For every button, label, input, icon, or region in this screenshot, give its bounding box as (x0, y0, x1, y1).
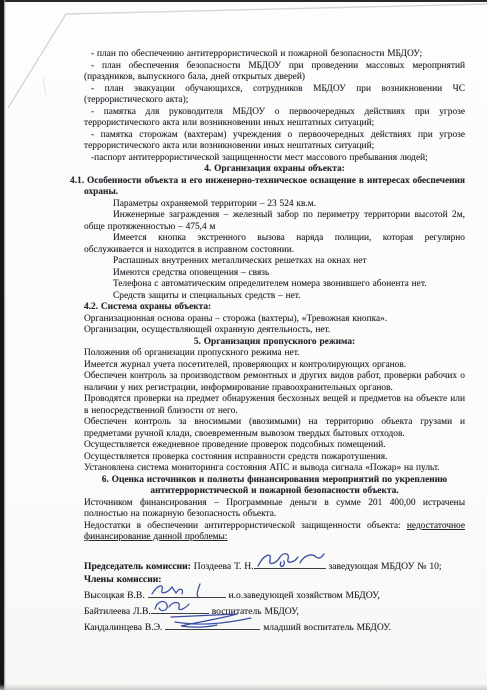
section-heading: 4. Организация охраны объекта: (84, 164, 465, 176)
member-signature-row: Кандалинцева В.Э. младший воспитатель МБ… (84, 618, 465, 634)
member-signature-ink (165, 609, 260, 633)
member-name: Кандалинцева В.Э. (84, 622, 165, 633)
document-paragraph: Проводятся проверки на предмет обнаружен… (84, 394, 465, 417)
document-paragraph: -паспорт антитеррористической защищеннос… (84, 153, 465, 165)
document-paragraph: Организации, осуществляющей охранную дея… (84, 325, 465, 337)
document-paragraph: Установлена система мониторинга состояни… (84, 463, 465, 475)
scan-left-edge-shadow (4, 0, 6, 690)
document-paragraph: Положения об организации пропускного реж… (84, 348, 465, 360)
chairman-signature-line (254, 557, 326, 569)
member-name: Байтилеева Л.В. (84, 606, 151, 617)
document-paragraph: Имеются средства оповещения – связь (84, 268, 465, 280)
member-name: Высоцкая В.В. (84, 590, 148, 601)
document-paragraph: Осуществляется ежедневное проведение про… (84, 440, 465, 452)
member-role: младший воспитатель МБДОУ. (260, 622, 391, 633)
document-paragraph: Распашных внутренних металлических решет… (84, 256, 465, 268)
document-paragraph: Телефона с автоматическим определителем … (84, 279, 465, 291)
chairman-signature-ink (254, 550, 326, 572)
section-heading: 6. Оценка источников и полноты финансиро… (84, 475, 465, 498)
document-paragraph: - памятка для руководителя МБДОУ о перво… (84, 107, 465, 130)
chairman-signature-row: Председатель комиссии: Поздеева Т. Н. за… (84, 557, 465, 573)
document-paragraphs: - план по обеспечению антитеррористическ… (84, 49, 465, 544)
document-paragraph: Обеспечен контроль за производством ремо… (84, 371, 465, 394)
members-label-row: Члены комиссии: (84, 573, 465, 586)
document-paragraph: Осуществляется проверка состояния исправ… (84, 452, 465, 464)
member-role: и.о.заведующей хозяйством МБДОУ, (226, 590, 380, 601)
member-signature-row: Высоцкая В.В. и.о.заведующей хозяйством … (84, 586, 465, 602)
document-body: - план по обеспечению антитеррористическ… (84, 49, 465, 635)
document-paragraph: Имеется журнал учета посетителей, провер… (84, 360, 465, 372)
chairman-name: Поздеева Т. Н. (191, 561, 254, 572)
scan-top-edge (0, 0, 487, 2)
document-paragraph: Средств защиты и специальных средств – н… (84, 291, 465, 303)
scanned-document-page: - план по обеспечению антитеррористическ… (0, 0, 487, 690)
document-paragraph: Организационная основа ораны – сторожа (… (84, 314, 465, 326)
document-paragraph: - памятка сторожам (вахтерам) учреждения… (84, 130, 465, 153)
chairman-role: заведующая МБДОУ № 10; (326, 561, 442, 572)
member-signature-row: Байтилеева Л.В. воспитатель МБДОУ, (84, 602, 465, 618)
document-paragraph: Недостатки в обеспечении антитеррористич… (84, 521, 465, 544)
section-heading: 4.1. Особенности объекта и его инженерно… (84, 176, 465, 199)
document-paragraph: - план эвакуации обучающихся, сотруднико… (84, 84, 465, 107)
document-paragraph: - план обеспечения безопасности МБДОУ пр… (84, 61, 465, 84)
document-paragraph: Параметры охраняемой территории – 23 524… (84, 199, 465, 211)
chairman-label: Председатель комиссии: (84, 561, 191, 572)
section-heading: 4.2. Система охраны объекта: (84, 302, 465, 314)
document-paragraph: Обеспечен контроль за вносимыми (ввозимы… (84, 417, 465, 440)
section-heading: 5. Организация пропускного режима: (84, 337, 465, 349)
document-paragraph: - план по обеспечению антитеррористическ… (84, 49, 465, 61)
scan-bottom-edge (0, 684, 487, 690)
commission-signatures: Председатель комиссии: Поздеева Т. Н. за… (84, 557, 465, 635)
underlined-text: недостаточное финансирование данной проб… (84, 521, 465, 543)
document-paragraph: Источником финансирования – Программные … (84, 498, 465, 521)
document-paragraph: Имеется кнопка экстренного вызова наряда… (84, 233, 465, 256)
member-signature-line (148, 586, 226, 598)
document-paragraph: Инженерные заграждения – железный забор … (84, 210, 465, 233)
member-signature-line (165, 618, 260, 630)
